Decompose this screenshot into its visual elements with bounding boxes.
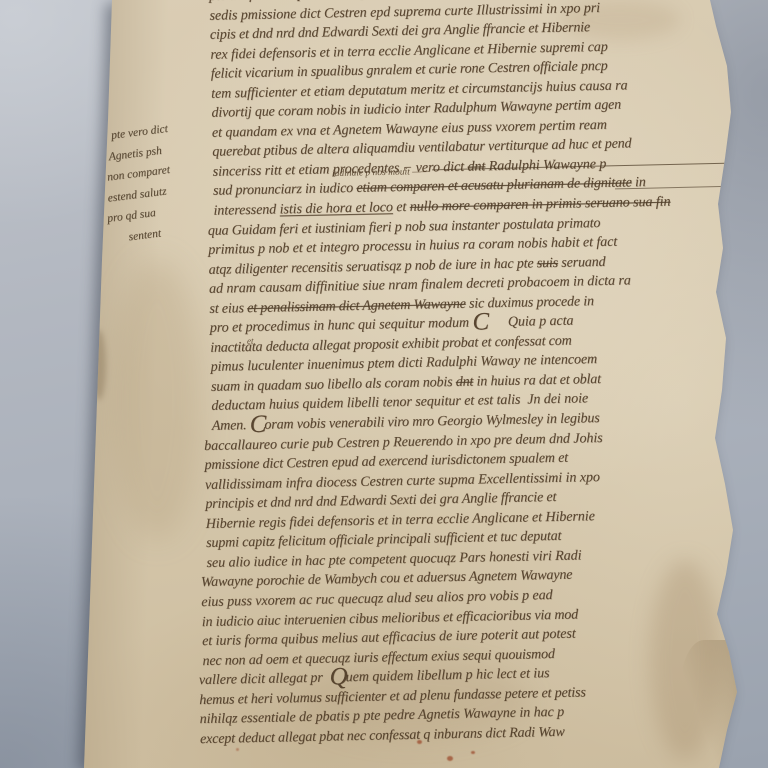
flourish-initial: C (472, 309, 487, 336)
line-text: except deduct allegat pbat nec confessat… (200, 725, 565, 747)
flourish-initial: Q (329, 663, 346, 690)
line-text: in huius ra dat et oblat (473, 372, 601, 390)
photo: pte dct fnia mid pe dnt snia pter dui co… (0, 0, 768, 768)
paper-shadow: pte dct fnia mid pe dnt snia pter dui co… (0, 0, 768, 768)
underlined-text: istis die hora et loco (279, 200, 393, 217)
struck-text: et penalissimam dict Agnetem Wawayne (247, 296, 466, 315)
interlinear-caret-insertion: et (247, 336, 254, 346)
line-text: uem quidem libellum p hic lect et ius (346, 666, 550, 685)
struck-text: dnt (456, 375, 474, 390)
line-text: Amen. (212, 418, 250, 434)
line-text: Quia p acta (487, 314, 574, 331)
flourish-initial: C (250, 411, 265, 438)
marginal-note: pte vero dict Agnetis psh non comparet e… (101, 119, 179, 249)
line-text: et (393, 200, 410, 215)
line-text: vallere dicit allegat pr (199, 671, 330, 689)
line-text: interessend (213, 202, 279, 218)
interlinear-note: iudinale p nos mouit —— (332, 167, 429, 179)
manuscript-page: pte dct fnia mid pe dnt snia pter dui co… (0, 0, 768, 768)
ink-spot (447, 756, 453, 761)
line-text: seruand (558, 255, 606, 271)
ink-spot (471, 751, 475, 754)
line-text: pro et procedimus in hunc qui sequitur m… (210, 316, 473, 336)
manuscript-text: pte dct fnia mid pe dnt snia pter dui co… (199, 0, 768, 749)
struck-text: dnt (467, 159, 485, 174)
left-edge-shadow (84, 0, 170, 768)
line-text: st eius (209, 301, 247, 317)
line-text: sud pronunciarz in iudico (213, 181, 357, 199)
line-text: suam in quadam suo libello als coram nob… (211, 375, 456, 395)
struck-text: suis (537, 256, 558, 271)
struck-text: nullo more comparen in primis seruano su… (410, 195, 671, 215)
